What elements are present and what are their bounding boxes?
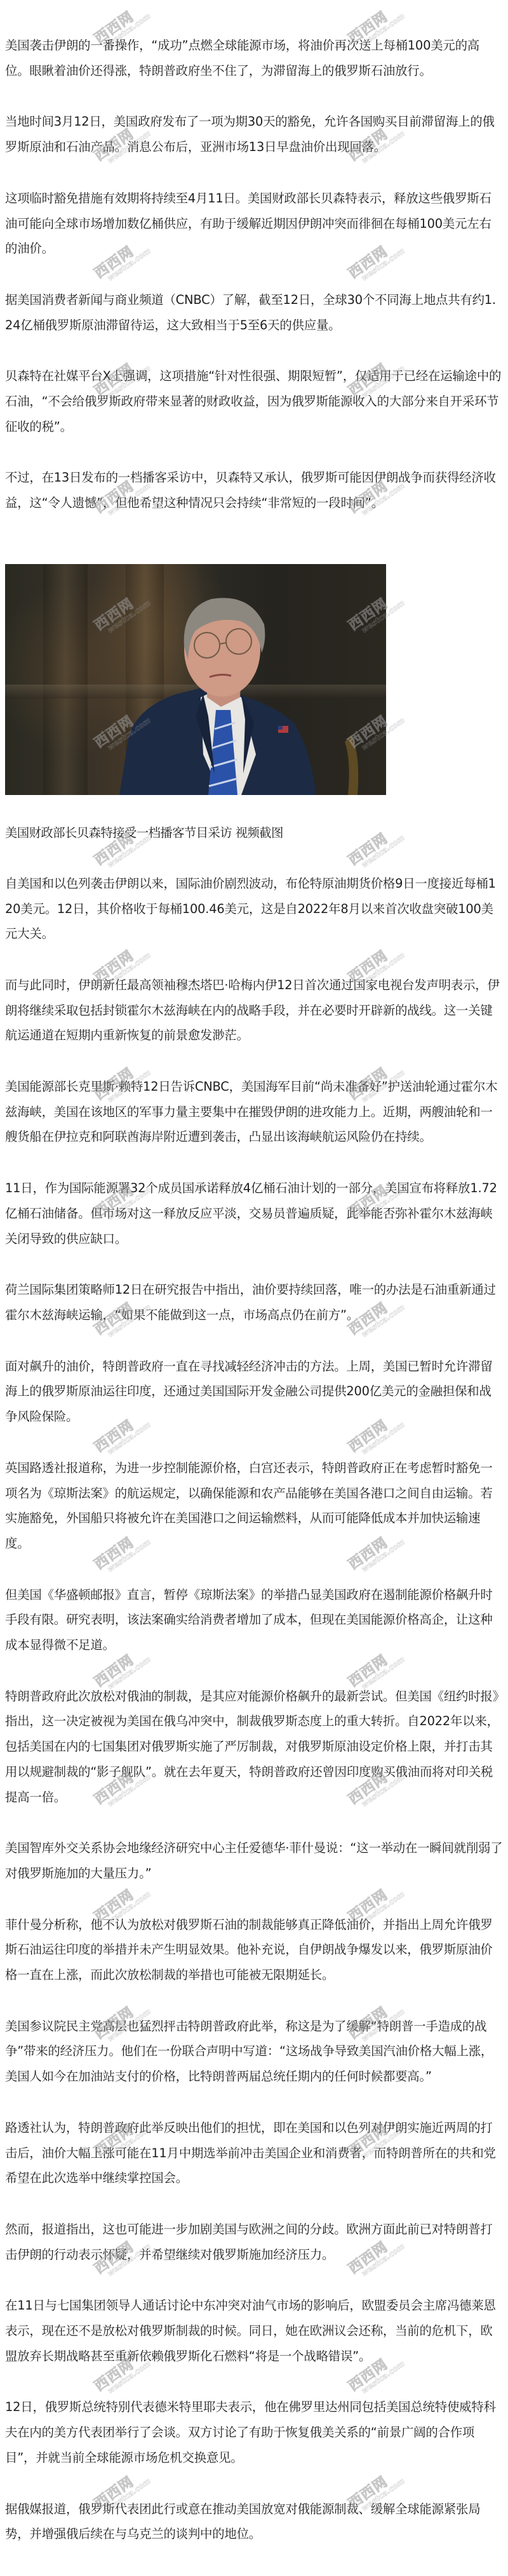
paragraph: 路透社认为，特朗普政府此举反映出他们的担忧，即在美国和以色列对伊朗实施近两周的打… bbox=[5, 2115, 503, 2191]
paragraph: 但美国《华盛顿邮报》直言，暂停《琼斯法案》的举措凸显美国政府在遏制能源价格飙升时… bbox=[5, 1582, 503, 1658]
paragraph: 英国路透社报道称，为进一步控制能源价格，白宫还表示，特朗普政府正在考虑暂时豁免一… bbox=[5, 1456, 503, 1556]
paragraph: 贝森特在社媒平台X上强调，这项措施“针对性很强、期限短暂”，仅适用于已经在运输途… bbox=[5, 364, 503, 439]
person-silhouette bbox=[5, 564, 386, 795]
paragraph: 据美国消费者新闻与商业频道（CNBC）了解，截至12日，全球30个不同海上地点共… bbox=[5, 287, 503, 338]
paragraph: 然而，报道指出，这也可能进一步加剧美国与欧洲之间的分歧。欧洲方面此前已对特朗普打… bbox=[5, 2217, 503, 2267]
paragraph: 11日，作为国际能源署32个成员国承诺释放4亿桶石油计划的一部分，美国宣布将释放… bbox=[5, 1176, 503, 1251]
paragraph: 美国参议院民主党高层也猛烈抨击特朗普政府此举，称这是为了缓解“特朗普一手造成的战… bbox=[5, 2014, 503, 2089]
paragraph: 美国能源部长克里斯·赖特12日告诉CNBC，美国海军目前“尚未准备好”护送油轮通… bbox=[5, 1074, 503, 1150]
paragraph: 据俄媒报道，俄罗斯代表团此行或意在推动美国放宽对俄能源制裁、缓解全球能源紧张局势… bbox=[5, 2497, 503, 2547]
paragraph: 在11日与七国集团领导人通话讨论中东冲突对油气市场的影响后，欧盟委员会主席冯德莱… bbox=[5, 2293, 503, 2369]
paragraph: 菲什曼分析称，他不认为放松对俄罗斯石油的制裁能够真正降低油价，并指出上周允许俄罗… bbox=[5, 1912, 503, 1988]
paragraph: 12日，俄罗斯总统特别代表德米特里耶夫表示，他在佛罗里达州同包括美国总统特使威特… bbox=[5, 2395, 503, 2470]
paragraph: 特朗普政府此次放松对俄油的制裁，是其应对能源价格飙升的最新尝试。但美国《纽约时报… bbox=[5, 1684, 503, 1810]
paragraph: 自美国和以色列袭击伊朗以来，国际油价剧烈波动，布伦特原油期货价格9日一度接近每桶… bbox=[5, 871, 503, 947]
paragraph: 这项临时豁免措施有效期将持续至4月11日。美国财政部长贝森特表示，释放这些俄罗斯… bbox=[5, 186, 503, 261]
bessent-interview-photo bbox=[5, 564, 386, 795]
paragraph: 美国袭击伊朗的一番操作，“成功”点燃全球能源市场，将油价再次送上每桶100美元的… bbox=[5, 33, 503, 83]
article-body: 美国袭击伊朗的一番操作，“成功”点燃全球能源市场，将油价再次送上每桶100美元的… bbox=[5, 33, 503, 2573]
paragraph: 荷兰国际集团策略师12日在研究报告中指出，油价要持续回落，唯一的办法是石油重新通… bbox=[5, 1277, 503, 1327]
paragraph: 不过，在13日发布的一档播客采访中，贝森特又承认，俄罗斯可能因伊朗战争而获得经济… bbox=[5, 465, 503, 515]
paragraph: 而与此同时，伊朗新任最高领袖穆杰塔巴·哈梅内伊12日首次通过国家电视台发声明表示… bbox=[5, 973, 503, 1048]
paragraph: 美国智库外交关系协会地缘经济研究中心主任爱德华·菲什曼说：“这一举动在一瞬间就削… bbox=[5, 1836, 503, 1886]
paragraph: 当地时间3月12日，美国政府发布了一项为期30天的豁免，允许各国购买目前滞留海上… bbox=[5, 109, 503, 159]
article-figure: 美国财政部长贝森特接受一档播客节目采访 视频截图 bbox=[5, 564, 386, 846]
paragraph: 面对飙升的油价，特朗普政府一直在寻找减轻经济冲击的方法。上周，美国已暂时允许滞留… bbox=[5, 1354, 503, 1429]
figure-caption: 美国财政部长贝森特接受一档播客节目采访 视频截图 bbox=[5, 820, 386, 846]
